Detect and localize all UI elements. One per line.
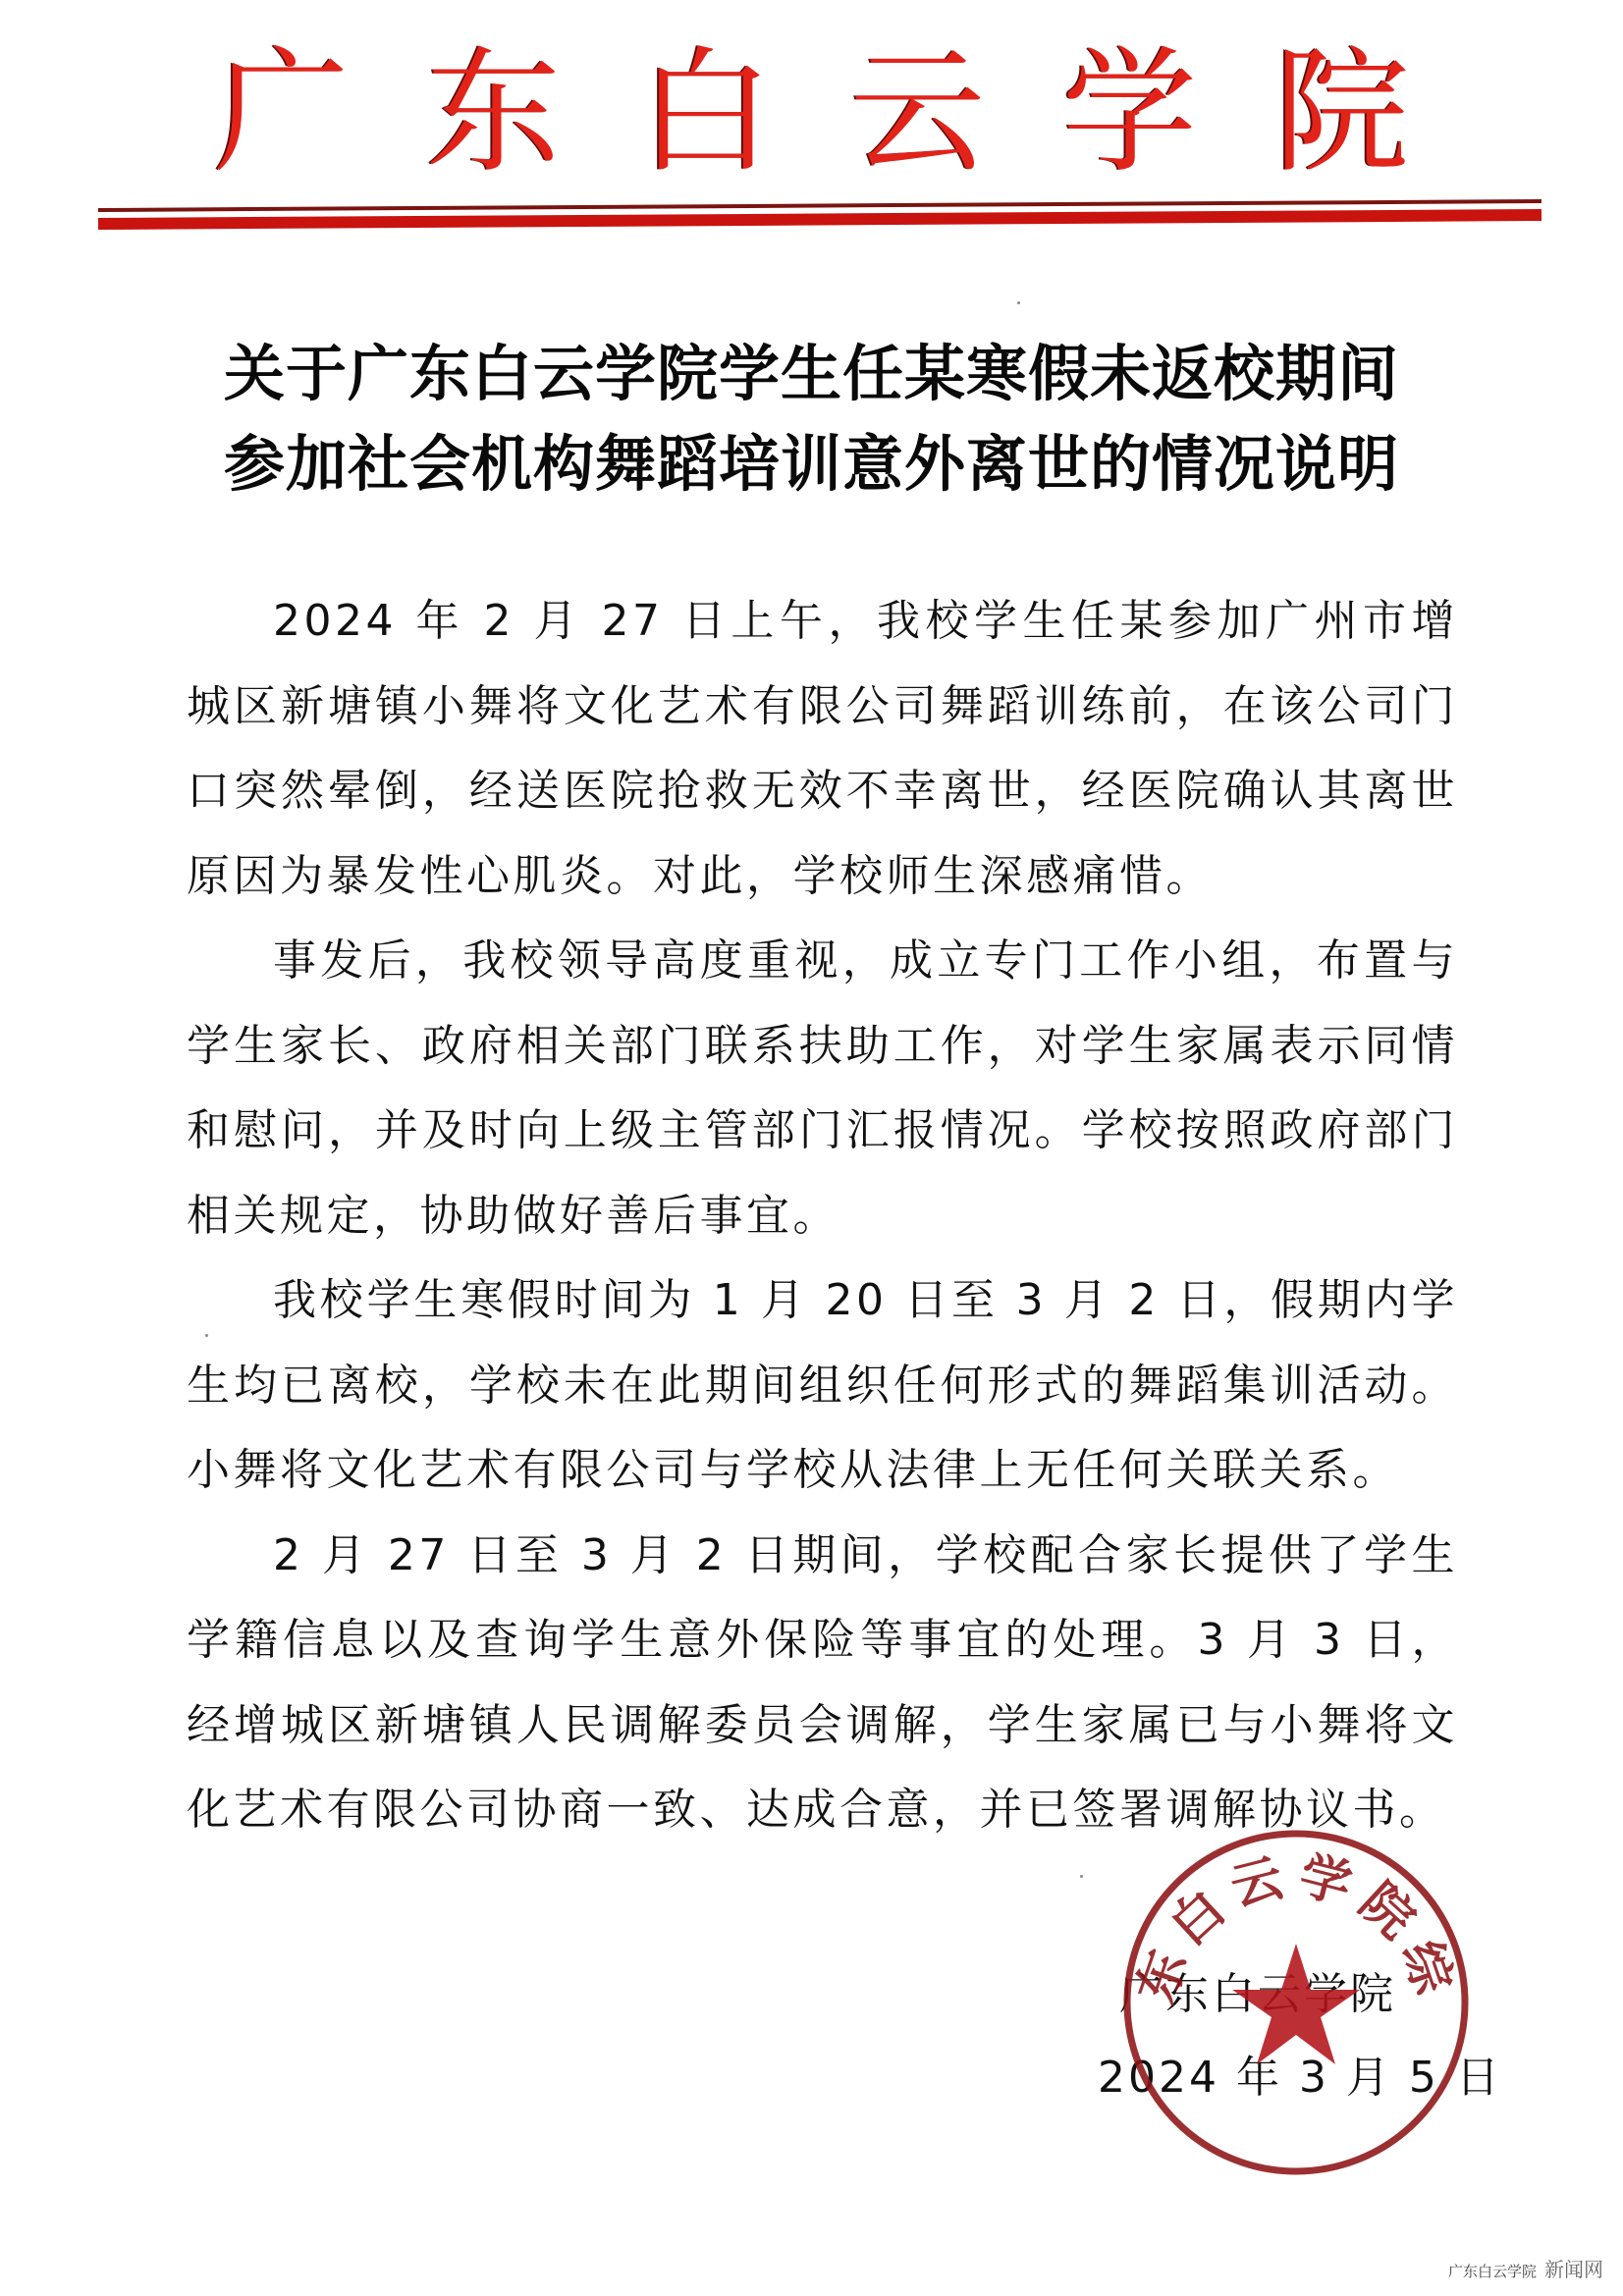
document-title-line-1: 关于广东白云学院学生任某寒假未返校期间 <box>0 329 1623 419</box>
document-title: 关于广东白云学院学生任某寒假未返校期间 参加社会机构舞蹈培训意外离世的情况说明 <box>0 329 1623 509</box>
watermark: 广东白云学院新闻网 <box>1448 2254 1603 2282</box>
document-title-line-2: 参加社会机构舞蹈培训意外离世的情况说明 <box>0 419 1623 509</box>
scan-speck <box>205 1334 208 1337</box>
document-body: 2024 年 2 月 27 日上午，我校学生任某参加广州市增城区新塘镇小舞将文化… <box>187 579 1458 1853</box>
paragraph-4: 2 月 27 日至 3 月 2 日期间，学校配合家长提供了学生学籍信息以及查询学… <box>187 1514 1458 1853</box>
seal-star-icon <box>1232 1944 1360 2064</box>
scan-speck <box>1017 301 1020 304</box>
paragraph-2: 事发后，我校领导高度重视，成立专门工作小组，布置与学生家长、政府相关部门联系扶助… <box>187 919 1458 1258</box>
letterhead-title: 广东白云学院 <box>136 39 1486 187</box>
letterhead: 广东白云学院 <box>0 39 1623 187</box>
scan-speck <box>1080 1875 1083 1878</box>
watermark-text: 广东白云学院 <box>1448 2263 1537 2280</box>
paragraph-3: 我校学生寒假时间为 1 月 20 日至 3 月 2 日，假期内学生均已离校，学校… <box>187 1258 1458 1514</box>
official-seal-icon: 广东白云学院综合 <box>1114 1821 1478 2184</box>
watermark-brand: 新闻网 <box>1544 2258 1603 2281</box>
paragraph-1: 2024 年 2 月 27 日上午，我校学生任某参加广州市增城区新塘镇小舞将文化… <box>187 579 1458 919</box>
letterhead-rule-thick <box>98 209 1542 230</box>
